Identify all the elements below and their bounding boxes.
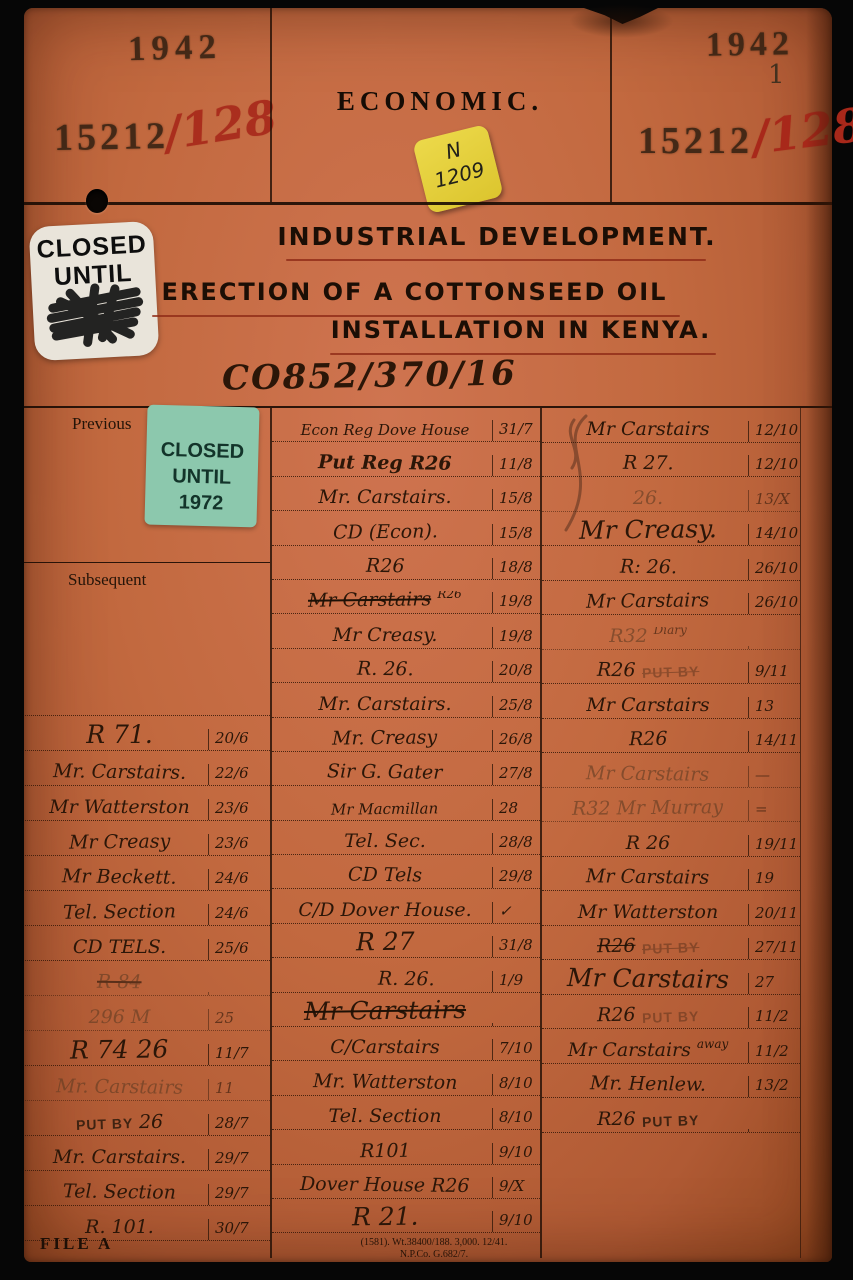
entry-date: 9/10 bbox=[492, 1211, 540, 1232]
register-row: Mr. Carstairs. 15/8 bbox=[272, 477, 540, 511]
entry-date: 28/7 bbox=[208, 1114, 270, 1135]
entry-name: Mr Watterston bbox=[578, 903, 718, 922]
entry-name: Mr. Creasy bbox=[332, 729, 437, 749]
entry-date: 12/10 bbox=[748, 421, 800, 442]
entry-date: 20/8 bbox=[492, 661, 540, 682]
entry-date bbox=[208, 992, 270, 995]
entry-name: Mr Carstairs bbox=[586, 592, 709, 612]
entry-note: away bbox=[697, 1041, 728, 1051]
entry-name: Mr. Carstairs. bbox=[318, 488, 451, 507]
register-row: R 71. 20/6 bbox=[25, 716, 270, 751]
entry-date: 11/7 bbox=[208, 1044, 270, 1065]
register-row: Mr. Carstairs 11 bbox=[25, 1066, 270, 1101]
register-row: R32 Diary bbox=[542, 615, 800, 650]
register-row: Econ Reg Dove House 31/7 bbox=[272, 408, 540, 442]
entry-date: 23/6 bbox=[208, 799, 270, 820]
teal-sticker-line3: 1972 bbox=[145, 489, 258, 518]
header-divider-left bbox=[270, 8, 272, 202]
entry-date: 13/2 bbox=[748, 1076, 800, 1097]
entry-date: 26/8 bbox=[492, 730, 540, 751]
entry-name: 296 M bbox=[89, 1008, 151, 1027]
edge-smudge bbox=[569, 4, 674, 38]
register-row: R26 PUT BY bbox=[542, 1098, 800, 1133]
register-row: 26. 13/X bbox=[542, 477, 800, 512]
entry-name: Mr Beckett. bbox=[62, 868, 177, 888]
entry-name: Tel. Section bbox=[329, 1107, 442, 1126]
teal-sticker-line1: CLOSED bbox=[146, 437, 259, 466]
register-row: Mr Carstairs 13 bbox=[542, 684, 800, 719]
entry-name: Mr. Watterston bbox=[313, 1073, 458, 1093]
entry-note: R26 bbox=[437, 591, 461, 601]
register-row: Tel. Section 29/7 bbox=[25, 1171, 270, 1206]
scribble-redaction bbox=[39, 273, 151, 355]
entry-name: 26 bbox=[139, 1113, 163, 1132]
entry-name: Dover House R26 bbox=[300, 1176, 470, 1196]
entry-date: 19/8 bbox=[492, 627, 540, 648]
entry-date: 11/2 bbox=[748, 1007, 800, 1028]
entry-date: 30/7 bbox=[208, 1219, 270, 1240]
register-column-middle: Econ Reg Dove House 31/7 Put Reg R26 11/… bbox=[272, 408, 540, 1233]
entry-date: 9/X bbox=[492, 1177, 540, 1198]
register-column-right: Mr Carstairs 12/10 R 27. 12/10 26. bbox=[542, 408, 800, 1133]
entry-name: C/D Dover House. bbox=[298, 901, 471, 920]
register-row: Mr. Carstairs. 25/8 bbox=[272, 683, 540, 717]
entry-name: R26 bbox=[597, 937, 636, 956]
put-by-stamp: PUT BY bbox=[75, 1115, 133, 1133]
entry-name: Mr Watterston bbox=[49, 798, 189, 817]
entry-date: 27/8 bbox=[492, 764, 540, 785]
register-row: R 27 31/8 bbox=[272, 924, 540, 958]
file-number-right: 15212 bbox=[638, 122, 753, 160]
entry-date: 29/7 bbox=[208, 1149, 270, 1170]
register-row: PUT BY 26 28/7 bbox=[25, 1101, 270, 1136]
register-row: R 74 26 11/7 bbox=[25, 1031, 270, 1066]
register-row: R101 9/10 bbox=[272, 1130, 540, 1164]
hole-punch bbox=[86, 189, 108, 213]
year-stamp-right: 1942 bbox=[672, 27, 829, 64]
header-rule bbox=[24, 202, 832, 205]
file-number-left: 15212 bbox=[54, 117, 170, 157]
entry-name: Mr Creasy. bbox=[333, 626, 438, 645]
file-title-line3: INSTALLATION IN KENYA. bbox=[320, 316, 722, 345]
entry-date: 25 bbox=[208, 1009, 270, 1030]
entry-date: ✓ bbox=[492, 902, 540, 923]
register-row: Mr Beckett. 24/6 bbox=[25, 856, 270, 891]
entry-date: 11/8 bbox=[492, 455, 540, 476]
register-row: Mr Carstairs R26 19/8 bbox=[272, 580, 540, 614]
file-reference: CO852/370/16 bbox=[222, 353, 517, 398]
entry-name: R. 26. bbox=[378, 970, 435, 989]
register-row: R26 PUT BY 9/11 bbox=[542, 650, 800, 685]
entry-date: 11 bbox=[208, 1079, 270, 1100]
register-row: Mr. Carstairs. 22/6 bbox=[25, 751, 270, 786]
entry-date: 9/10 bbox=[492, 1143, 540, 1164]
register-row: R32 Mr Murray = bbox=[542, 788, 800, 823]
entry-name: Mr Creasy. bbox=[579, 517, 717, 543]
register-row: Mr Carstairs bbox=[272, 993, 540, 1027]
entry-name: Tel. Section bbox=[63, 1183, 176, 1203]
entry-name: R32 bbox=[609, 627, 647, 646]
entry-date: = bbox=[748, 800, 800, 821]
entry-name: R101 bbox=[360, 1142, 411, 1161]
file-title-line1: INDUSTRIAL DEVELOPMENT. bbox=[262, 222, 732, 252]
register-row: Mr Creasy. 19/8 bbox=[272, 614, 540, 648]
entry-name: R 74 26 bbox=[70, 1037, 169, 1063]
entry-name: R26 bbox=[597, 661, 636, 680]
teal-sticker-line2: UNTIL bbox=[145, 463, 258, 492]
register-row: C/D Dover House. ✓ bbox=[272, 889, 540, 923]
entry-name: Mr. Carstairs. bbox=[53, 763, 186, 783]
entry-date: 20/11 bbox=[748, 904, 800, 925]
entry-name: Mr Carstairs bbox=[586, 868, 709, 888]
file-subnumber-left: /128 bbox=[161, 93, 280, 156]
entry-name: R 26 bbox=[626, 834, 671, 853]
entry-date: 23/6 bbox=[208, 834, 270, 855]
entry-note: Diary bbox=[654, 627, 687, 637]
register-row: R 27. 12/10 bbox=[542, 443, 800, 478]
entry-date: 15/8 bbox=[492, 489, 540, 510]
entry-name: Mr Carstairs bbox=[586, 765, 709, 785]
entry-name: Mr Carstairs bbox=[568, 1041, 691, 1060]
register-column-left: R 71. 20/6 Mr. Carstairs. 22/6 Mr Watter… bbox=[25, 715, 270, 1241]
register-row: Mr Macmillan 28 bbox=[272, 786, 540, 820]
column-divider-3 bbox=[800, 408, 801, 1258]
entry-name: R: 26. bbox=[619, 558, 676, 577]
register-row: R26 14/11 bbox=[542, 719, 800, 754]
entry-date: 13/X bbox=[748, 490, 800, 511]
register-row: Mr Carstairs 26/10 bbox=[542, 581, 800, 616]
entry-date: 26/10 bbox=[748, 593, 800, 614]
entry-date: 27/11 bbox=[748, 938, 800, 959]
entry-name: R 71. bbox=[86, 722, 153, 747]
register-row: R 84 bbox=[25, 961, 270, 996]
register-row: Tel. Section 24/6 bbox=[25, 891, 270, 926]
entry-name: R 27. bbox=[623, 454, 674, 473]
register-row: R26 18/8 bbox=[272, 546, 540, 580]
register-row: Mr Watterston 23/6 bbox=[25, 786, 270, 821]
register-row: Mr. Creasy 26/8 bbox=[272, 718, 540, 752]
entry-date bbox=[748, 1129, 800, 1132]
register-row: CD TELS. 25/6 bbox=[25, 926, 270, 961]
yellow-sticky-note: N 1209 bbox=[412, 124, 504, 214]
entry-name: R. 26. bbox=[357, 660, 414, 679]
subsequent-label: Subsequent bbox=[68, 570, 146, 590]
put-by-stamp: PUT BY bbox=[641, 663, 699, 681]
entry-date: 8/10 bbox=[492, 1074, 540, 1095]
entry-date: 24/6 bbox=[208, 869, 270, 890]
entry-name: CD Tels bbox=[348, 866, 422, 885]
category-heading: ECONOMIC. bbox=[270, 86, 610, 117]
register-row: Mr Carstairs 27 bbox=[542, 960, 800, 995]
entry-name: Mr Carstairs bbox=[567, 966, 729, 992]
entry-date: 9/11 bbox=[748, 662, 800, 683]
register-row: Mr Creasy 23/6 bbox=[25, 821, 270, 856]
register-row: Mr. Watterston 8/10 bbox=[272, 1061, 540, 1095]
entry-date: 22/6 bbox=[208, 764, 270, 785]
title-underline-1 bbox=[286, 259, 706, 261]
file-cover: 1942 15212 /128 ECONOMIC. N 1209 1942 1 … bbox=[24, 8, 832, 1262]
entry-date: 19/8 bbox=[492, 592, 540, 613]
register-row: Mr. Carstairs. 29/7 bbox=[25, 1136, 270, 1171]
register-row: R. 26. 1/9 bbox=[272, 958, 540, 992]
entry-date: 25/6 bbox=[208, 939, 270, 960]
entry-name: R26 bbox=[597, 1110, 635, 1129]
register-row: Mr Carstairs — bbox=[542, 753, 800, 788]
entry-name: Econ Reg Dove House bbox=[301, 423, 470, 438]
year-stamp-left: 1942 bbox=[90, 28, 261, 67]
register-row: Mr Carstairs 19 bbox=[542, 857, 800, 892]
entry-date: 28 bbox=[492, 799, 540, 820]
entry-date bbox=[492, 1023, 540, 1026]
register-row: Sir G. Gater 27/8 bbox=[272, 752, 540, 786]
register-row: R26 PUT BY 11/2 bbox=[542, 995, 800, 1030]
entry-name: Mr Carstairs bbox=[586, 696, 709, 715]
entry-date: 27 bbox=[748, 973, 800, 994]
entry-name: R26 bbox=[366, 557, 405, 576]
entry-name: 26. bbox=[633, 489, 663, 508]
register-row: R. 26. 20/8 bbox=[272, 649, 540, 683]
entry-date bbox=[748, 646, 800, 649]
entry-name: Mr Macmillan bbox=[331, 802, 438, 818]
entry-date: 14/11 bbox=[748, 731, 800, 752]
entry-date: 7/10 bbox=[492, 1039, 540, 1060]
register-row: Mr Carstairs away 11/2 bbox=[542, 1029, 800, 1064]
entry-date: 12/10 bbox=[748, 455, 800, 476]
register-row: C/Carstairs 7/10 bbox=[272, 1027, 540, 1061]
entry-date: 11/2 bbox=[748, 1042, 800, 1063]
entry-name: R32 Mr Murray bbox=[572, 799, 723, 819]
entry-name: Mr. Carstairs. bbox=[53, 1148, 186, 1167]
file-series-label: FILE A bbox=[40, 1234, 113, 1254]
register-row: R 21. 9/10 bbox=[272, 1199, 540, 1233]
entry-name: R26 bbox=[597, 1006, 636, 1025]
entry-date: 25/8 bbox=[492, 696, 540, 717]
put-by-stamp: PUT BY bbox=[641, 939, 699, 957]
entry-date: 29/7 bbox=[208, 1184, 270, 1205]
entry-date: — bbox=[748, 766, 800, 787]
edge-crease bbox=[806, 8, 832, 1262]
closed-until-sticker-teal: CLOSED UNTIL 1972 bbox=[144, 405, 259, 528]
entry-date: 20/6 bbox=[208, 729, 270, 750]
register-row: CD Tels 29/8 bbox=[272, 855, 540, 889]
entry-name: Mr. Carstairs. bbox=[318, 695, 451, 714]
register-row: Mr Carstairs 12/10 bbox=[542, 408, 800, 443]
entry-date: 24/6 bbox=[208, 904, 270, 925]
entry-name: R 84 bbox=[97, 973, 142, 992]
entry-name: Mr. Carstairs bbox=[56, 1078, 183, 1098]
register-row: Mr Watterston 20/11 bbox=[542, 891, 800, 926]
register-row: Tel. Section 8/10 bbox=[272, 1096, 540, 1130]
entry-date: 14/10 bbox=[748, 524, 800, 545]
entry-name: Put Reg R26 bbox=[318, 454, 452, 474]
register-row: R: 26. 26/10 bbox=[542, 546, 800, 581]
entry-name: CD TELS. bbox=[73, 938, 166, 957]
entry-name: Tel. Sec. bbox=[344, 832, 426, 851]
register-row: 296 M 25 bbox=[25, 996, 270, 1031]
previous-subsequent-rule bbox=[24, 562, 270, 563]
entry-date: 19/11 bbox=[748, 835, 800, 856]
entry-name: Mr. Henlew. bbox=[590, 1075, 706, 1095]
register-row: CD (Econ). 15/8 bbox=[272, 511, 540, 545]
register-row: Mr. Henlew. 13/2 bbox=[542, 1064, 800, 1099]
entry-name: Mr Carstairs bbox=[586, 420, 709, 439]
register-row: R 26 19/11 bbox=[542, 822, 800, 857]
register-row: R26 PUT BY 27/11 bbox=[542, 926, 800, 961]
register-row: Tel. Sec. 28/8 bbox=[272, 821, 540, 855]
entry-date: 29/8 bbox=[492, 867, 540, 888]
entry-name: CD (Econ). bbox=[332, 523, 437, 543]
entry-name: Sir G. Gater bbox=[327, 763, 442, 783]
entry-name: Mr Carstairs bbox=[308, 591, 431, 611]
entry-name: Mr Carstairs bbox=[304, 998, 466, 1024]
closed-until-sticker-white: CLOSED UNTIL bbox=[29, 221, 160, 361]
entry-name: Mr Creasy bbox=[69, 833, 170, 853]
entry-date: 31/7 bbox=[492, 420, 540, 441]
entry-date: 18/8 bbox=[492, 558, 540, 579]
entry-date: 26/10 bbox=[748, 559, 800, 580]
entry-name: R 27 bbox=[356, 929, 415, 954]
file-title-line2: ERECTION OF A COTTONSEED OIL bbox=[142, 278, 687, 307]
entry-date: 15/8 bbox=[492, 524, 540, 545]
entry-name: Tel. Section bbox=[63, 903, 176, 923]
register-row: Mr Creasy. 14/10 bbox=[542, 512, 800, 547]
entry-date: 13 bbox=[748, 697, 800, 718]
page-number: 1 bbox=[768, 60, 785, 90]
register-row: Put Reg R26 11/8 bbox=[272, 442, 540, 476]
entry-date: 1/9 bbox=[492, 971, 540, 992]
entry-name: C/Carstairs bbox=[330, 1038, 440, 1057]
printer-imprint-line2: N.P.Co. G.682/7. bbox=[262, 1249, 606, 1261]
entry-date: 31/8 bbox=[492, 936, 540, 957]
previous-label: Previous bbox=[72, 414, 132, 434]
printer-imprint-line1: (1581). Wt.38400/188. 3,000. 12/41. bbox=[262, 1237, 606, 1249]
printer-imprint: (1581). Wt.38400/188. 3,000. 12/41. N.P.… bbox=[262, 1237, 606, 1261]
put-by-stamp: PUT BY bbox=[641, 1008, 699, 1026]
register-row: Dover House R26 9/X bbox=[272, 1165, 540, 1199]
entry-date: 19 bbox=[748, 869, 800, 890]
file-subnumber-right: /128 bbox=[750, 101, 853, 160]
entry-name: R 21. bbox=[352, 1204, 419, 1229]
put-by-stamp: PUT BY bbox=[641, 1112, 699, 1130]
entry-date: 28/8 bbox=[492, 833, 540, 854]
entry-date: 8/10 bbox=[492, 1108, 540, 1129]
entry-name: R26 bbox=[629, 730, 668, 749]
